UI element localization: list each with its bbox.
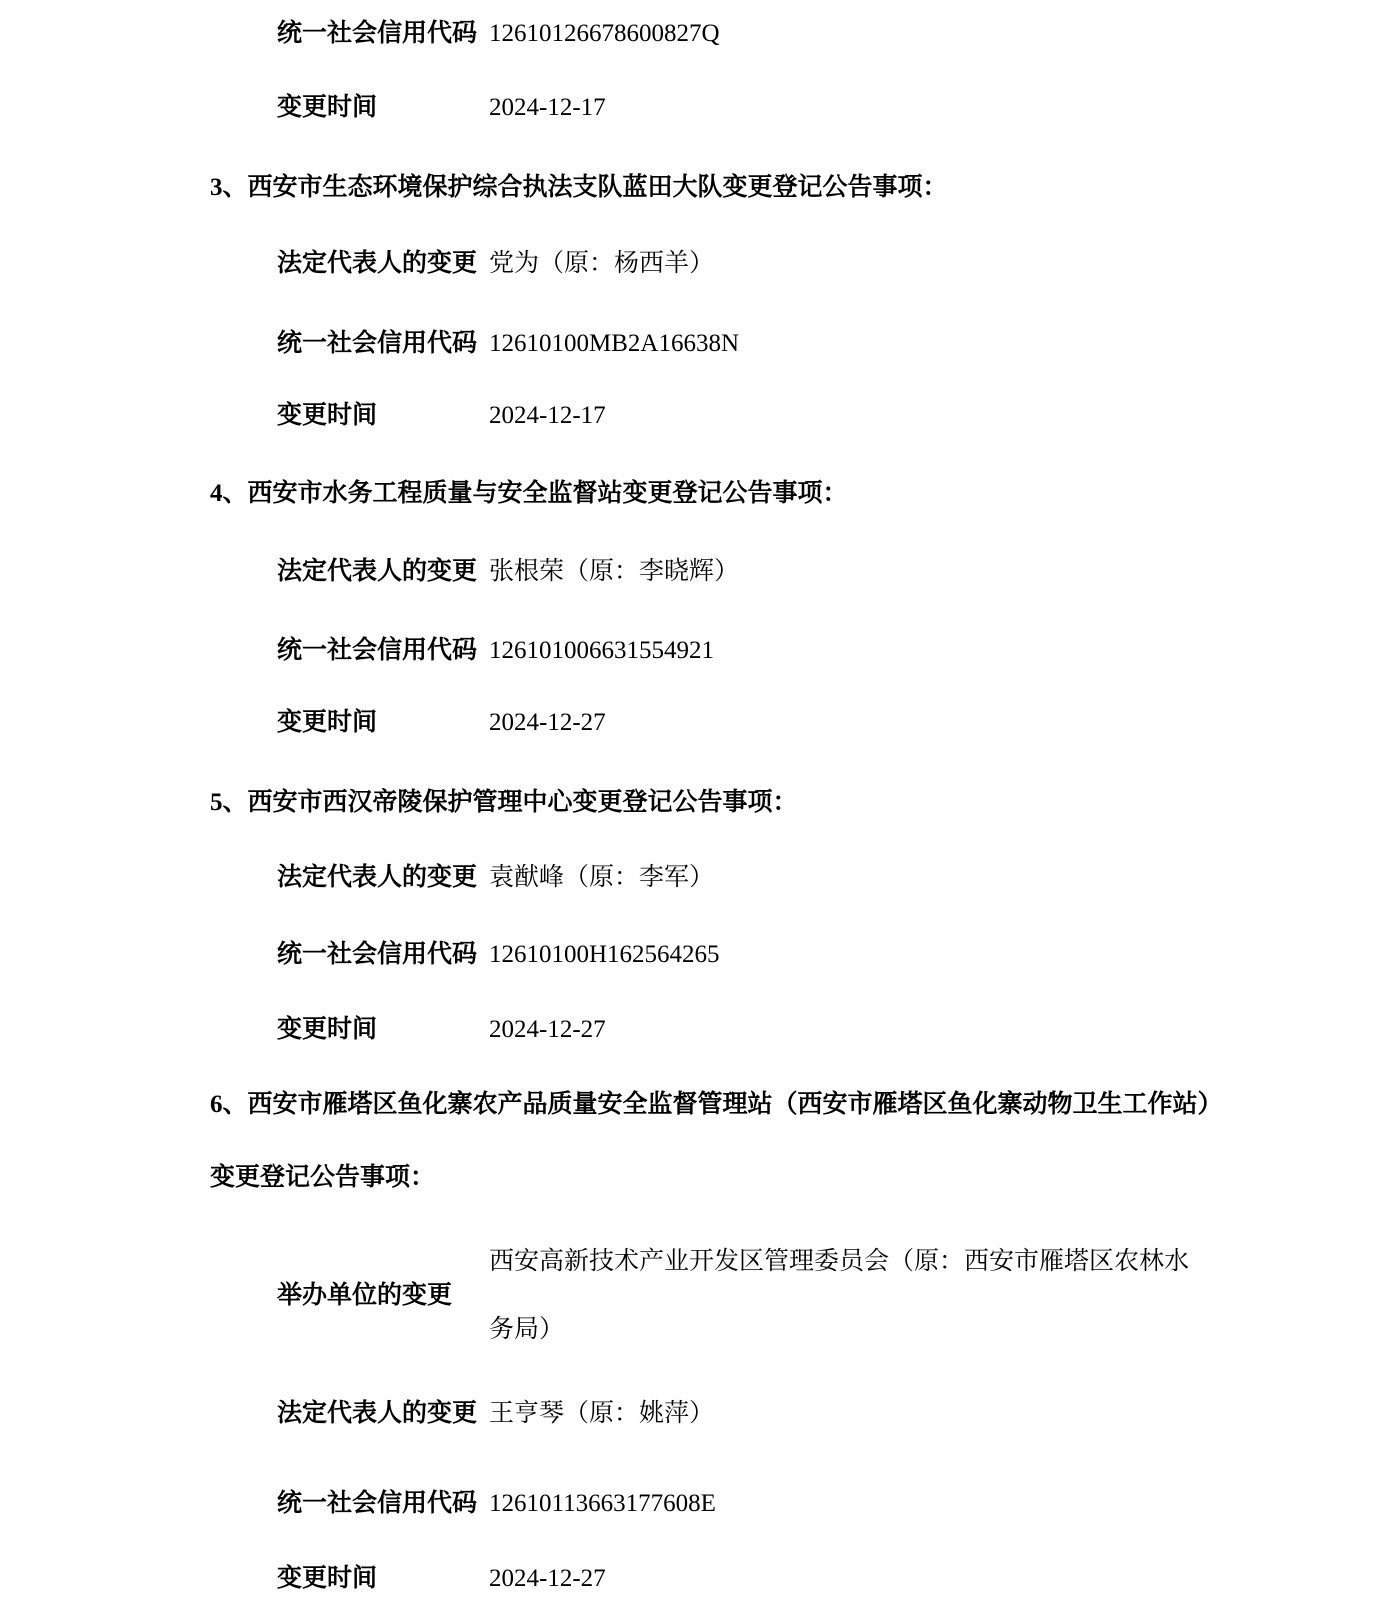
section-heading: 3、西安市生态环境保护综合执法支队蓝田大队变更登记公告事项： — [210, 172, 948, 204]
row-label: 变更时间 — [277, 1563, 489, 1595]
detail-row: 变更时间2024-12-27 — [277, 1014, 606, 1046]
row-label: 统一社会信用代码 — [277, 1488, 489, 1520]
detail-row: 统一社会信用代码12610126678600827Q — [277, 18, 720, 50]
row-label: 统一社会信用代码 — [277, 18, 489, 50]
row-value: 12610126678600827Q — [489, 20, 720, 47]
sponsor-row-label: 举办单位的变更 — [277, 1280, 452, 1312]
detail-row: 变更时间2024-12-17 — [277, 400, 606, 432]
section-heading: 5、西安市西汉帝陵保护管理中心变更登记公告事项： — [210, 787, 798, 819]
row-value: 12610100MB2A16638N — [489, 330, 739, 357]
row-value: 袁猷峰（原：李军） — [489, 864, 714, 891]
section-heading-continued: 变更登记公告事项： — [210, 1162, 435, 1194]
row-label: 法定代表人的变更 — [277, 862, 489, 894]
row-value: 张根荣（原：李晓辉） — [489, 558, 739, 585]
detail-row: 法定代表人的变更党为（原：杨西羊） — [277, 248, 714, 280]
row-label: 法定代表人的变更 — [277, 556, 489, 588]
detail-row: 变更时间2024-12-27 — [277, 707, 606, 739]
section-heading: 6、西安市雁塔区鱼化寨农产品质量安全监督管理站（西安市雁塔区鱼化寨动物卫生工作站… — [210, 1089, 1223, 1121]
detail-row: 法定代表人的变更张根荣（原：李晓辉） — [277, 556, 739, 588]
detail-row: 法定代表人的变更袁猷峰（原：李军） — [277, 862, 714, 894]
row-label: 变更时间 — [277, 1014, 489, 1046]
row-label: 统一社会信用代码 — [277, 635, 489, 667]
row-value: 2024-12-17 — [489, 94, 606, 121]
row-label: 变更时间 — [277, 400, 489, 432]
row-value: 12610100H162564265 — [489, 941, 720, 968]
row-label: 法定代表人的变更 — [277, 248, 489, 280]
row-label: 变更时间 — [277, 92, 489, 124]
sponsor-row-value-line: 西安高新技术产业开发区管理委员会（原：西安市雁塔区农林水 — [489, 1246, 1189, 1278]
detail-row: 统一社会信用代码126101006631554921 — [277, 635, 714, 667]
detail-row: 法定代表人的变更王亨琴（原：姚萍） — [277, 1398, 714, 1430]
row-label: 法定代表人的变更 — [277, 1398, 489, 1430]
detail-row: 统一社会信用代码12610100H162564265 — [277, 939, 720, 971]
row-value: 党为（原：杨西羊） — [489, 250, 714, 277]
row-value: 12610113663177608E — [489, 1490, 716, 1517]
detail-row: 统一社会信用代码12610113663177608E — [277, 1488, 716, 1520]
sponsor-row-value-line: 务局） — [489, 1314, 564, 1346]
detail-row: 变更时间2024-12-17 — [277, 92, 606, 124]
row-label: 统一社会信用代码 — [277, 939, 489, 971]
section-heading: 4、西安市水务工程质量与安全监督站变更登记公告事项： — [210, 478, 848, 510]
row-value: 王亨琴（原：姚萍） — [489, 1400, 714, 1427]
announcement-document-page: 统一社会信用代码12610126678600827Q 变更时间2024-12-1… — [0, 0, 1391, 1600]
row-value: 126101006631554921 — [489, 637, 714, 664]
row-value: 2024-12-27 — [489, 1016, 606, 1043]
row-value: 2024-12-27 — [489, 1565, 606, 1592]
row-label: 统一社会信用代码 — [277, 328, 489, 360]
row-value: 2024-12-17 — [489, 402, 606, 429]
detail-row: 统一社会信用代码12610100MB2A16638N — [277, 328, 739, 360]
detail-row: 变更时间2024-12-27 — [277, 1563, 606, 1595]
row-label: 变更时间 — [277, 707, 489, 739]
row-value: 2024-12-27 — [489, 709, 606, 736]
